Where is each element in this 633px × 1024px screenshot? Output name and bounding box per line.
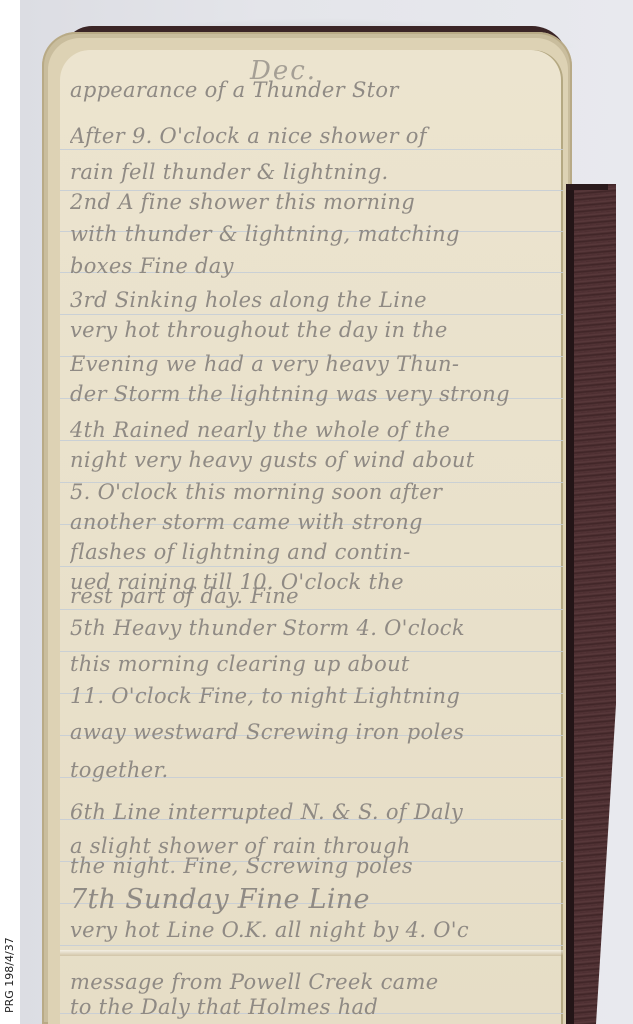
strap-top-edge: [566, 184, 608, 190]
accession-number: PRG 198/4/37: [3, 937, 16, 1013]
accession-strip: PRG 198/4/37: [0, 0, 20, 1024]
page-text-lower: [60, 50, 563, 1024]
